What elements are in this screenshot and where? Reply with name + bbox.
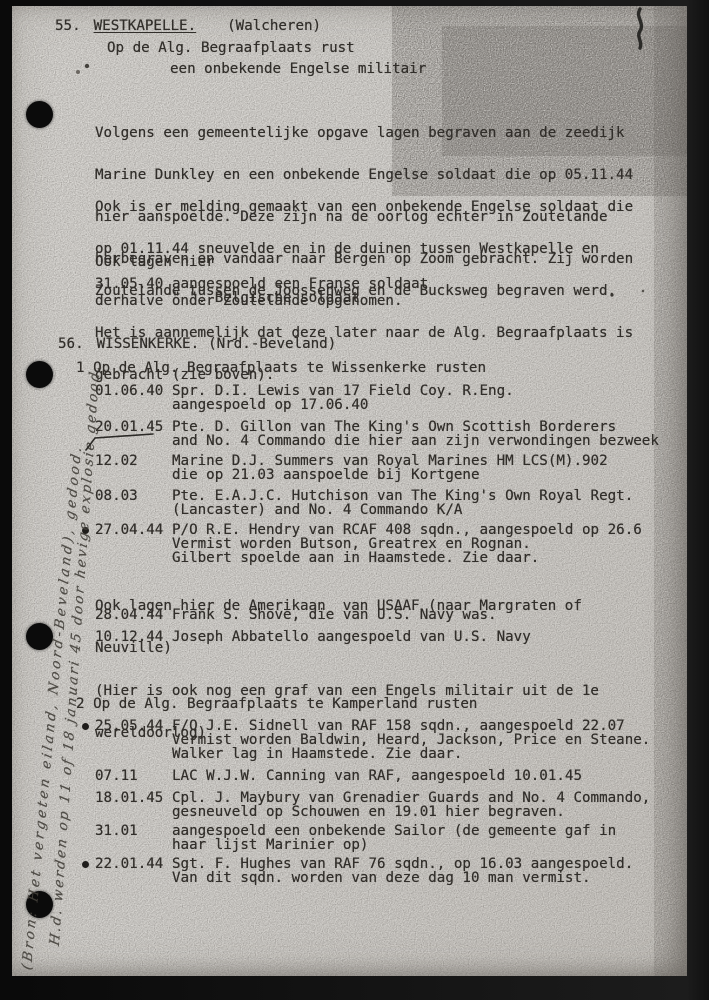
- entry-text: Pte. D. Gillon van The King's Own Scotti…: [172, 420, 659, 448]
- section-56-heading: 56.WISSENKERKE.(Nrd.-Beveland): [58, 337, 336, 351]
- entry-date: 22.01.44: [95, 857, 172, 885]
- punch-hole: [26, 101, 53, 128]
- section-number: 55.: [55, 18, 81, 34]
- entry-line: Pte. D. Gillon van The King's Own Scotti…: [172, 420, 659, 434]
- entry-line: die op 21.03 aanspoelde bij Kortgene: [172, 468, 608, 482]
- entry-line: Spr. D.I. Lewis van 17 Field Coy. R.Eng.: [172, 384, 514, 398]
- section-title: WISSENKERKE.: [97, 336, 200, 352]
- entry-line: Frank S. Shove, die van U.S. Navy was.: [172, 608, 497, 622]
- document-page: 55.WESTKAPELLE.(Walcheren) Op de Alg. Be…: [12, 6, 687, 976]
- section-region: (Walcheren): [227, 18, 321, 34]
- entry-line: and No. 4 Commando die hier aan zijn ver…: [172, 434, 659, 448]
- entry-text: P/O R.E. Hendry van RCAF 408 sqdn., aang…: [172, 523, 642, 565]
- section-number: 56.: [58, 336, 84, 352]
- entry-line: LAC W.J.W. Canning van RAF, aangespoeld …: [172, 769, 582, 783]
- section-region: (Nrd.-Beveland): [208, 336, 336, 352]
- grave-entry: 22.01.44 Sgt. F. Hughes van RAF 76 sqdn.…: [95, 857, 633, 885]
- subsection-heading: 2 Op de Alg. Begraafplaats te Kamperland…: [76, 697, 477, 711]
- entry-line: Vermist worden Baldwin, Heard, Jackson, …: [172, 733, 650, 747]
- entry-line: F/O J.E. Sidnell van RAF 158 sqdn., aang…: [172, 719, 650, 733]
- ink-speck: [85, 64, 89, 68]
- grave-entry: 18.01.45 Cpl. J. Maybury van Grenadier G…: [95, 791, 650, 819]
- ink-blot: [639, 9, 642, 48]
- entry-text: Cpl. J. Maybury van Grenadier Guards and…: [172, 791, 650, 819]
- ink-speck: [642, 290, 645, 293]
- entry-line: aangespoeld een Franse soldaat: [172, 277, 428, 291]
- grave-entry: 31.01 aangespoeld een onbekende Sailor (…: [95, 824, 616, 852]
- grave-entry: 12.02 Marine D.J. Summers van Royal Mari…: [95, 454, 608, 482]
- entry-text: aangespoeld een Franse soldaat " ". Belg…: [172, 277, 428, 305]
- entry-text: aangespoeld een onbekende Sailor (de gem…: [172, 824, 616, 852]
- section-55-heading: 55.WESTKAPELLE.(Walcheren): [55, 19, 321, 33]
- entry-date: 31.05.40: [95, 277, 172, 305]
- entry-text: Spr. D.I. Lewis van 17 Field Coy. R.Eng.…: [172, 384, 514, 412]
- entry-date: 07.11: [95, 769, 172, 783]
- entry-text: Sgt. F. Hughes van RAF 76 sqdn., op 16.0…: [172, 857, 633, 885]
- entry-date: 12.02: [95, 454, 172, 482]
- grave-entry: 25.05.44 F/O J.E. Sidnell van RAF 158 sq…: [95, 719, 650, 761]
- intro-line: een onbekende Engelse militair: [170, 62, 426, 76]
- bullet-mark: [82, 723, 89, 730]
- entry-line: Joseph Abbatello aangespoeld van U.S. Na…: [172, 630, 531, 644]
- grave-entry: 20.01.45 Pte. D. Gillon van The King's O…: [95, 420, 659, 448]
- paragraph-line: Ook lagen hier: [95, 255, 215, 269]
- section-title: WESTKAPELLE.: [94, 18, 197, 34]
- bullet-mark: [82, 861, 89, 868]
- entry-date: 10.12.44: [95, 630, 172, 644]
- entry-text: Joseph Abbatello aangespoeld van U.S. Na…: [172, 630, 531, 644]
- entry-text: F/O J.E. Sidnell van RAF 158 sqdn., aang…: [172, 719, 650, 761]
- entry-date: 28.04.44: [95, 608, 172, 622]
- entry-line: Walker lag in Haamstede. Zie daar.: [172, 747, 650, 761]
- entry-date: 25.05.44: [95, 719, 172, 761]
- entry-line: Gilbert spoelde aan in Haamstede. Zie da…: [172, 551, 642, 565]
- entry-text: Pte. E.A.J.C. Hutchison van The King's O…: [172, 489, 633, 517]
- entry-line: " ". Belgische soldaat: [172, 291, 428, 305]
- entry-text: LAC W.J.W. Canning van RAF, aangespoeld …: [172, 769, 582, 783]
- entry-line: Vermist worden Butson, Greatrex en Rogna…: [172, 537, 642, 551]
- entry-date: 01.06.40: [95, 384, 172, 412]
- grave-entry: 27.04.44 P/O R.E. Hendry van RCAF 408 sq…: [95, 523, 642, 565]
- entry-date: 18.01.45: [95, 791, 172, 819]
- scanned-page-background: 55.WESTKAPELLE.(Walcheren) Op de Alg. Be…: [0, 0, 709, 1000]
- entry-line: aangespoeld een onbekende Sailor (de gem…: [172, 824, 616, 838]
- punch-hole: [26, 361, 53, 388]
- grave-entry: 07.11 LAC W.J.W. Canning van RAF, aanges…: [95, 769, 582, 783]
- paragraph-line: Ook is er melding gemaakt van een onbeke…: [95, 200, 633, 214]
- entry-line: Sgt. F. Hughes van RAF 76 sqdn., op 16.0…: [172, 857, 633, 871]
- entry-line: Pte. E.A.J.C. Hutchison van The King's O…: [172, 489, 633, 503]
- grave-entry: 10.12.44 Joseph Abbatello aangespoeld va…: [95, 630, 531, 644]
- intro-line: Op de Alg. Begraafplaats rust: [107, 41, 355, 55]
- entry-line: aangespoeld op 17.06.40: [172, 398, 514, 412]
- entry-date: 20.01.45: [95, 420, 172, 448]
- entry-line: Cpl. J. Maybury van Grenadier Guards and…: [172, 791, 650, 805]
- entry-line: (Lancaster) and No. 4 Commando K/A: [172, 503, 633, 517]
- grave-entry: 01.06.40 Spr. D.I. Lewis van 17 Field Co…: [95, 384, 514, 412]
- grave-entry: 28.04.44 Frank S. Shove, die van U.S. Na…: [95, 608, 497, 622]
- subsection-heading: 1 Op de Alg. Begraafplaats te Wissenkerk…: [76, 361, 486, 375]
- entry-date: 27.04.44: [95, 523, 172, 565]
- entry-date: 08.03: [95, 489, 172, 517]
- paragraph-line: Volgens een gemeentelijke opgave lagen b…: [95, 126, 633, 140]
- ink-speck: [76, 70, 80, 74]
- entry-line: Marine D.J. Summers van Royal Marines HM…: [172, 454, 608, 468]
- entry-date: 31.01: [95, 824, 172, 852]
- entry-text: Marine D.J. Summers van Royal Marines HM…: [172, 454, 608, 482]
- entry-line: gesneuveld op Schouwen en 19.01 hier beg…: [172, 805, 650, 819]
- entry-line: haar lijst Marinier op): [172, 838, 616, 852]
- grave-entry: 08.03 Pte. E.A.J.C. Hutchison van The Ki…: [95, 489, 633, 517]
- entry-line: Van dit sqdn. worden van deze dag 10 man…: [172, 871, 633, 885]
- entry-text: Frank S. Shove, die van U.S. Navy was.: [172, 608, 497, 622]
- entry-line: P/O R.E. Hendry van RCAF 408 sqdn., aang…: [172, 523, 642, 537]
- grave-entry: 31.05.40 aangespoeld een Franse soldaat …: [95, 277, 428, 305]
